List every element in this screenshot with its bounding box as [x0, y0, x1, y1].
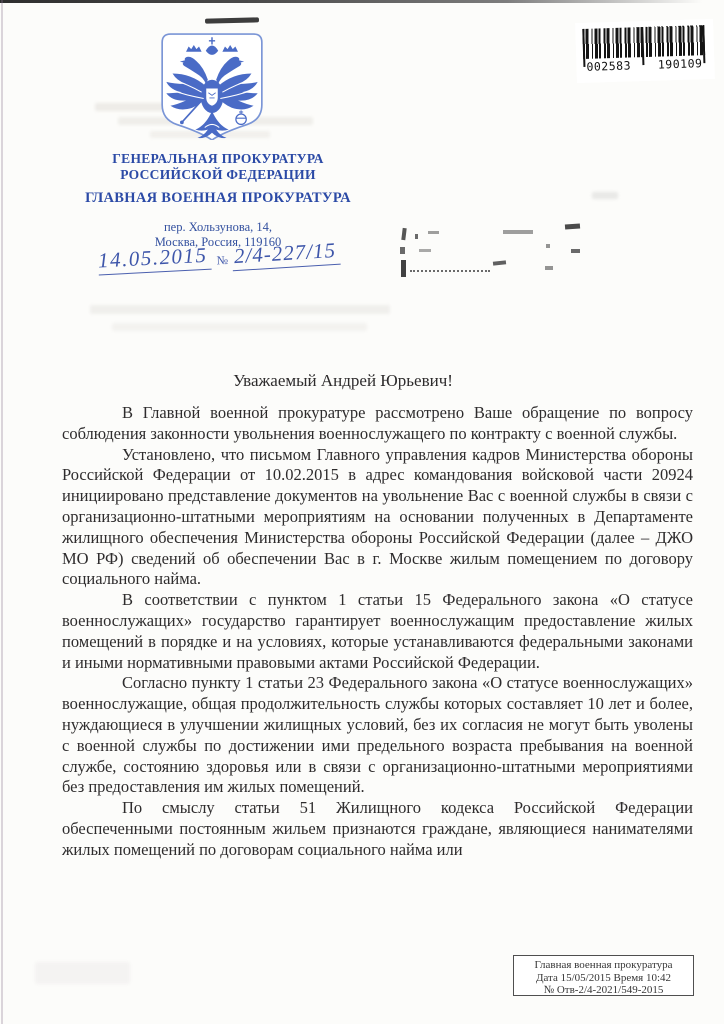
- number-sign: №: [216, 253, 228, 268]
- scan-speck: [493, 260, 506, 265]
- barcode-digits-right: 190109: [658, 56, 703, 71]
- scan-artifact-left-edge: [1, 0, 3, 1024]
- redacted-addressee-block: [395, 220, 610, 282]
- org-name-line3: ГЛАВНАЯ ВОЕННАЯ ПРОКУРАТУРА: [66, 190, 370, 207]
- scan-speck: [428, 231, 439, 234]
- barcode-digits: 002583 190109: [586, 56, 702, 74]
- salutation: Уважаемый Андрей Юрьевич!: [62, 371, 624, 391]
- scan-artifact-ghost-text: [112, 323, 367, 331]
- scan-speck: [545, 266, 553, 270]
- scan-speck: [571, 249, 580, 253]
- paragraph: Установлено, что письмом Главного управл…: [62, 445, 693, 591]
- stamp-date-time: Дата 15/05/2015 Время 10:42: [514, 972, 693, 985]
- scan-speck: [419, 249, 431, 252]
- scan-artifact-dash: [205, 17, 259, 23]
- scan-speck: [415, 234, 418, 239]
- org-name-line2: РОССИЙСКОЙ ФЕДЕРАЦИИ: [66, 167, 370, 183]
- scan-speck: [565, 223, 580, 229]
- handwritten-date: 14.05.2015: [97, 243, 211, 276]
- scan-speck: [503, 230, 533, 234]
- org-address-line1: пер. Хользунова, 14,: [66, 220, 370, 235]
- stamp-number: № Отв-2/4-2021/549-2015: [514, 984, 693, 997]
- barcode-digits-left: 002583: [586, 58, 631, 73]
- scan-artifact-ghost-text: [90, 305, 390, 314]
- paragraph: В соответствии с пунктом 1 статьи 15 Фед…: [62, 590, 693, 673]
- russia-coat-of-arms-icon: [160, 32, 264, 140]
- registration-barcode: 002583 190109: [575, 19, 715, 83]
- handwritten-outgoing-number: 2/4-227/15: [231, 238, 341, 272]
- letter-body: В Главной военной прокуратуре рассмотрен…: [62, 403, 693, 861]
- barcode-guard-bar: [702, 25, 705, 63]
- paragraph: По смыслу статьи 51 Жилищного кодекса Ро…: [62, 798, 693, 860]
- paragraph: Согласно пункту 1 статьи 23 Федерального…: [62, 673, 693, 798]
- scan-dotted-line: [410, 270, 490, 272]
- scan-artifact-ghost-text: [592, 192, 618, 199]
- letterhead: ГЕНЕРАЛЬНАЯ ПРОКУРАТУРА РОССИЙСКОЙ ФЕДЕР…: [66, 151, 370, 250]
- registration-stamp: Главная военная прокуратура Дата 15/05/2…: [513, 955, 694, 996]
- scan-artifact-ghost-text: [35, 962, 130, 984]
- scan-speck: [400, 247, 405, 254]
- paragraph: В Главной военной прокуратуре рассмотрен…: [62, 403, 693, 445]
- scan-speck: [401, 228, 406, 240]
- scan-artifact-top-line: [0, 0, 724, 3]
- stamp-org-name: Главная военная прокуратура: [514, 959, 693, 972]
- scan-speck: [401, 260, 406, 277]
- scan-speck: [546, 244, 550, 248]
- org-name-line1: ГЕНЕРАЛЬНАЯ ПРОКУРАТУРА: [66, 151, 370, 167]
- scanned-letter-page: 002583 190109: [0, 0, 724, 1024]
